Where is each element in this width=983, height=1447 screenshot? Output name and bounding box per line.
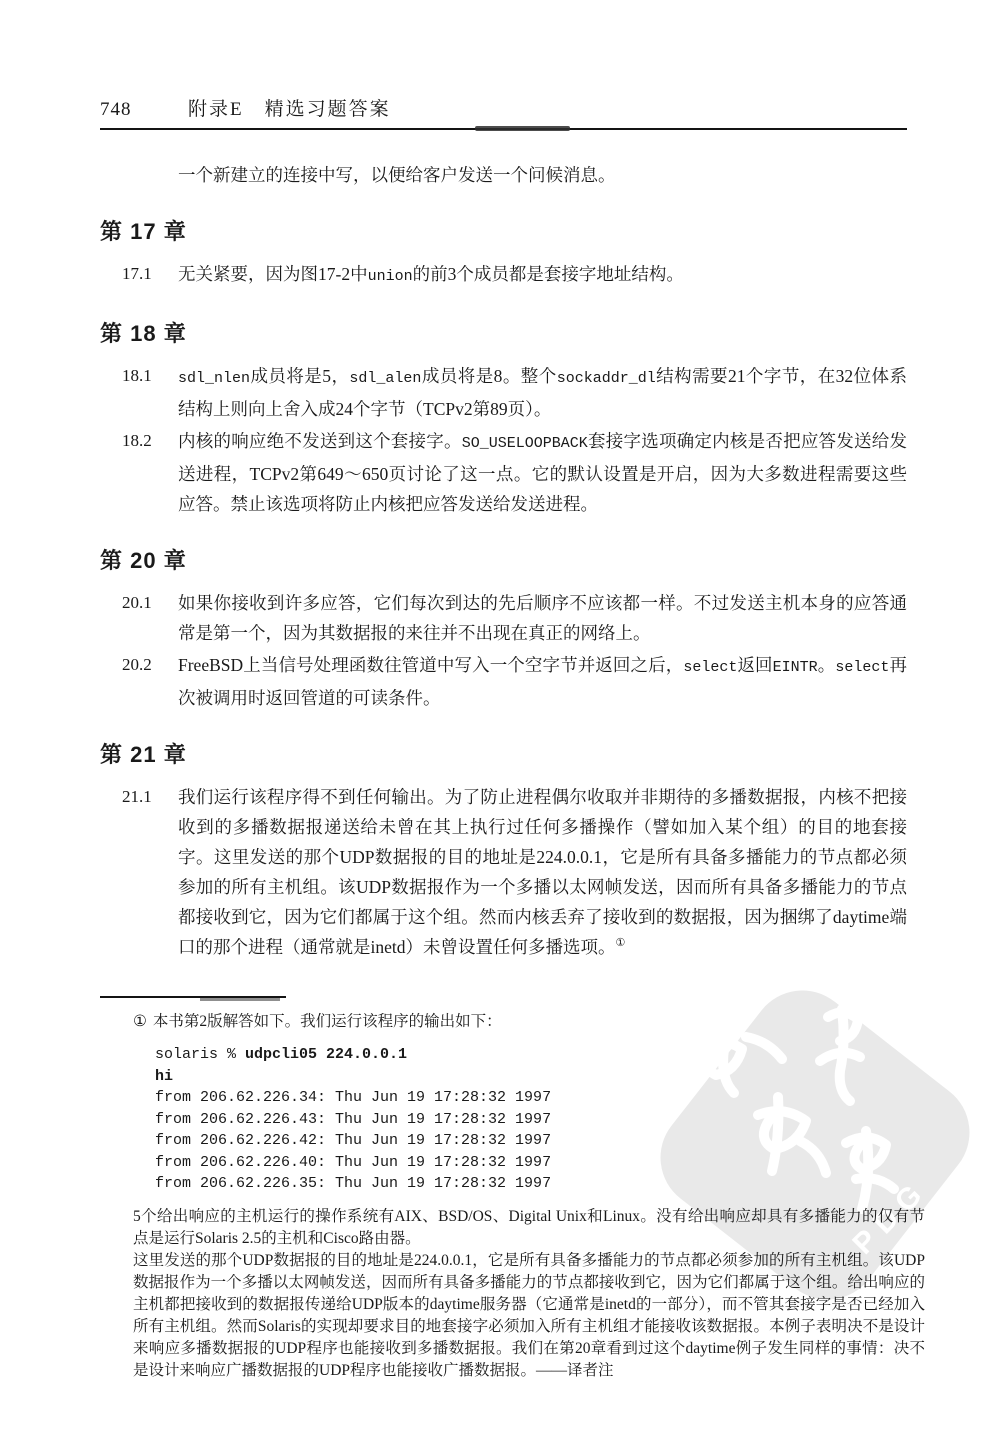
answer-text: 如果你接收到许多应答，它们每次到达的先后顺序不应该都一样。不过发送主机本身的应答…	[178, 588, 907, 648]
code-line: hi	[155, 1066, 907, 1088]
page-number: 748	[100, 99, 188, 121]
answer-item: 20.2 FreeBSD上当信号处理函数往管道中写入一个空字节并返回之后，sel…	[122, 650, 907, 713]
answer-text: sdl_nlen成员将是5，sdl_alen成员将是8。整个sockaddr_d…	[178, 361, 907, 424]
section-title: 第 18 章	[100, 317, 907, 348]
footnote-rule	[100, 996, 286, 998]
footnote-paragraph: 这里发送的那个UDP数据报的目的地址是224.0.0.1，它是所有具备多播能力的…	[133, 1250, 925, 1382]
code-line: from 206.62.226.43: Thu Jun 19 17:28:32 …	[155, 1109, 907, 1131]
running-title: 附录E 精选习题答案	[188, 94, 391, 121]
intro-paragraph: 一个新建立的连接中写，以便给客户发送一个问候消息。	[178, 160, 907, 190]
section-chapter-17: 第 17 章 17.1 无关紧要，因为图17-2中union的前3个成员都是套接…	[100, 215, 907, 292]
answer-text: FreeBSD上当信号处理函数往管道中写入一个空字节并返回之后，select返回…	[178, 650, 907, 713]
answer-number: 21.1	[122, 782, 178, 962]
scanned-book-page: PDG 748 附录E 精选习题答案 一个新建立的连接中写，以便给客户发送一个问…	[0, 0, 983, 1447]
section-chapter-18: 第 18 章 18.1 sdl_nlen成员将是5，sdl_alen成员将是8。…	[100, 317, 907, 519]
scan-smudge	[475, 126, 570, 131]
terminal-output-block: solaris % udpcli05 224.0.0.1 hi from 206…	[155, 1044, 907, 1195]
section-title: 第 20 章	[100, 544, 907, 575]
footnote-marker: ①	[133, 1013, 147, 1030]
footnote: ①本书第2版解答如下。我们运行该程序的输出如下： solaris % udpcl…	[100, 996, 907, 1382]
answer-item: 21.1 我们运行该程序得不到任何输出。为了防止进程偶尔收取并非期待的多播数据报…	[122, 782, 907, 962]
code-line: from 206.62.226.40: Thu Jun 19 17:28:32 …	[155, 1152, 907, 1174]
section-title: 第 21 章	[100, 738, 907, 769]
answer-text: 内核的响应绝不发送到这个套接字。SO_USELOOPBACK套接字选项确定内核是…	[178, 426, 907, 519]
page-content: 748 附录E 精选习题答案 一个新建立的连接中写，以便给客户发送一个问候消息。…	[0, 0, 983, 1447]
page-header: 748 附录E 精选习题答案	[100, 94, 907, 121]
answer-text: 无关紧要，因为图17-2中union的前3个成员都是套接字地址结构。	[178, 259, 907, 292]
footnote-intro: ①本书第2版解答如下。我们运行该程序的输出如下：	[133, 1011, 907, 1033]
code-line: from 206.62.226.34: Thu Jun 19 17:28:32 …	[155, 1087, 907, 1109]
section-chapter-20: 第 20 章 20.1 如果你接收到许多应答，它们每次到达的先后顺序不应该都一样…	[100, 544, 907, 713]
answer-item: 18.2 内核的响应绝不发送到这个套接字。SO_USELOOPBACK套接字选项…	[122, 426, 907, 519]
answer-number: 18.2	[122, 426, 178, 519]
code-line: solaris % udpcli05 224.0.0.1	[155, 1044, 907, 1066]
section-title: 第 17 章	[100, 215, 907, 246]
code-line: from 206.62.226.42: Thu Jun 19 17:28:32 …	[155, 1130, 907, 1152]
answer-item: 17.1 无关紧要，因为图17-2中union的前3个成员都是套接字地址结构。	[122, 259, 907, 292]
answer-number: 18.1	[122, 361, 178, 424]
section-chapter-21: 第 21 章 21.1 我们运行该程序得不到任何输出。为了防止进程偶尔收取并非期…	[100, 738, 907, 962]
code-line: from 206.62.226.35: Thu Jun 19 17:28:32 …	[155, 1173, 907, 1195]
header-rule	[100, 128, 907, 130]
answer-number: 17.1	[122, 259, 178, 292]
footnote-paragraph: 5个给出响应的主机运行的操作系统有AIX、BSD/OS、Digital Unix…	[133, 1206, 925, 1250]
scan-smudge	[200, 998, 280, 1001]
answer-number: 20.2	[122, 650, 178, 713]
answer-item: 18.1 sdl_nlen成员将是5，sdl_alen成员将是8。整个socka…	[122, 361, 907, 424]
answer-text: 我们运行该程序得不到任何输出。为了防止进程偶尔收取并非期待的多播数据报，内核不把…	[178, 782, 907, 962]
answer-item: 20.1 如果你接收到许多应答，它们每次到达的先后顺序不应该都一样。不过发送主机…	[122, 588, 907, 648]
answer-number: 20.1	[122, 588, 178, 648]
footnote-intro-text: 本书第2版解答如下。我们运行该程序的输出如下：	[153, 1013, 502, 1030]
